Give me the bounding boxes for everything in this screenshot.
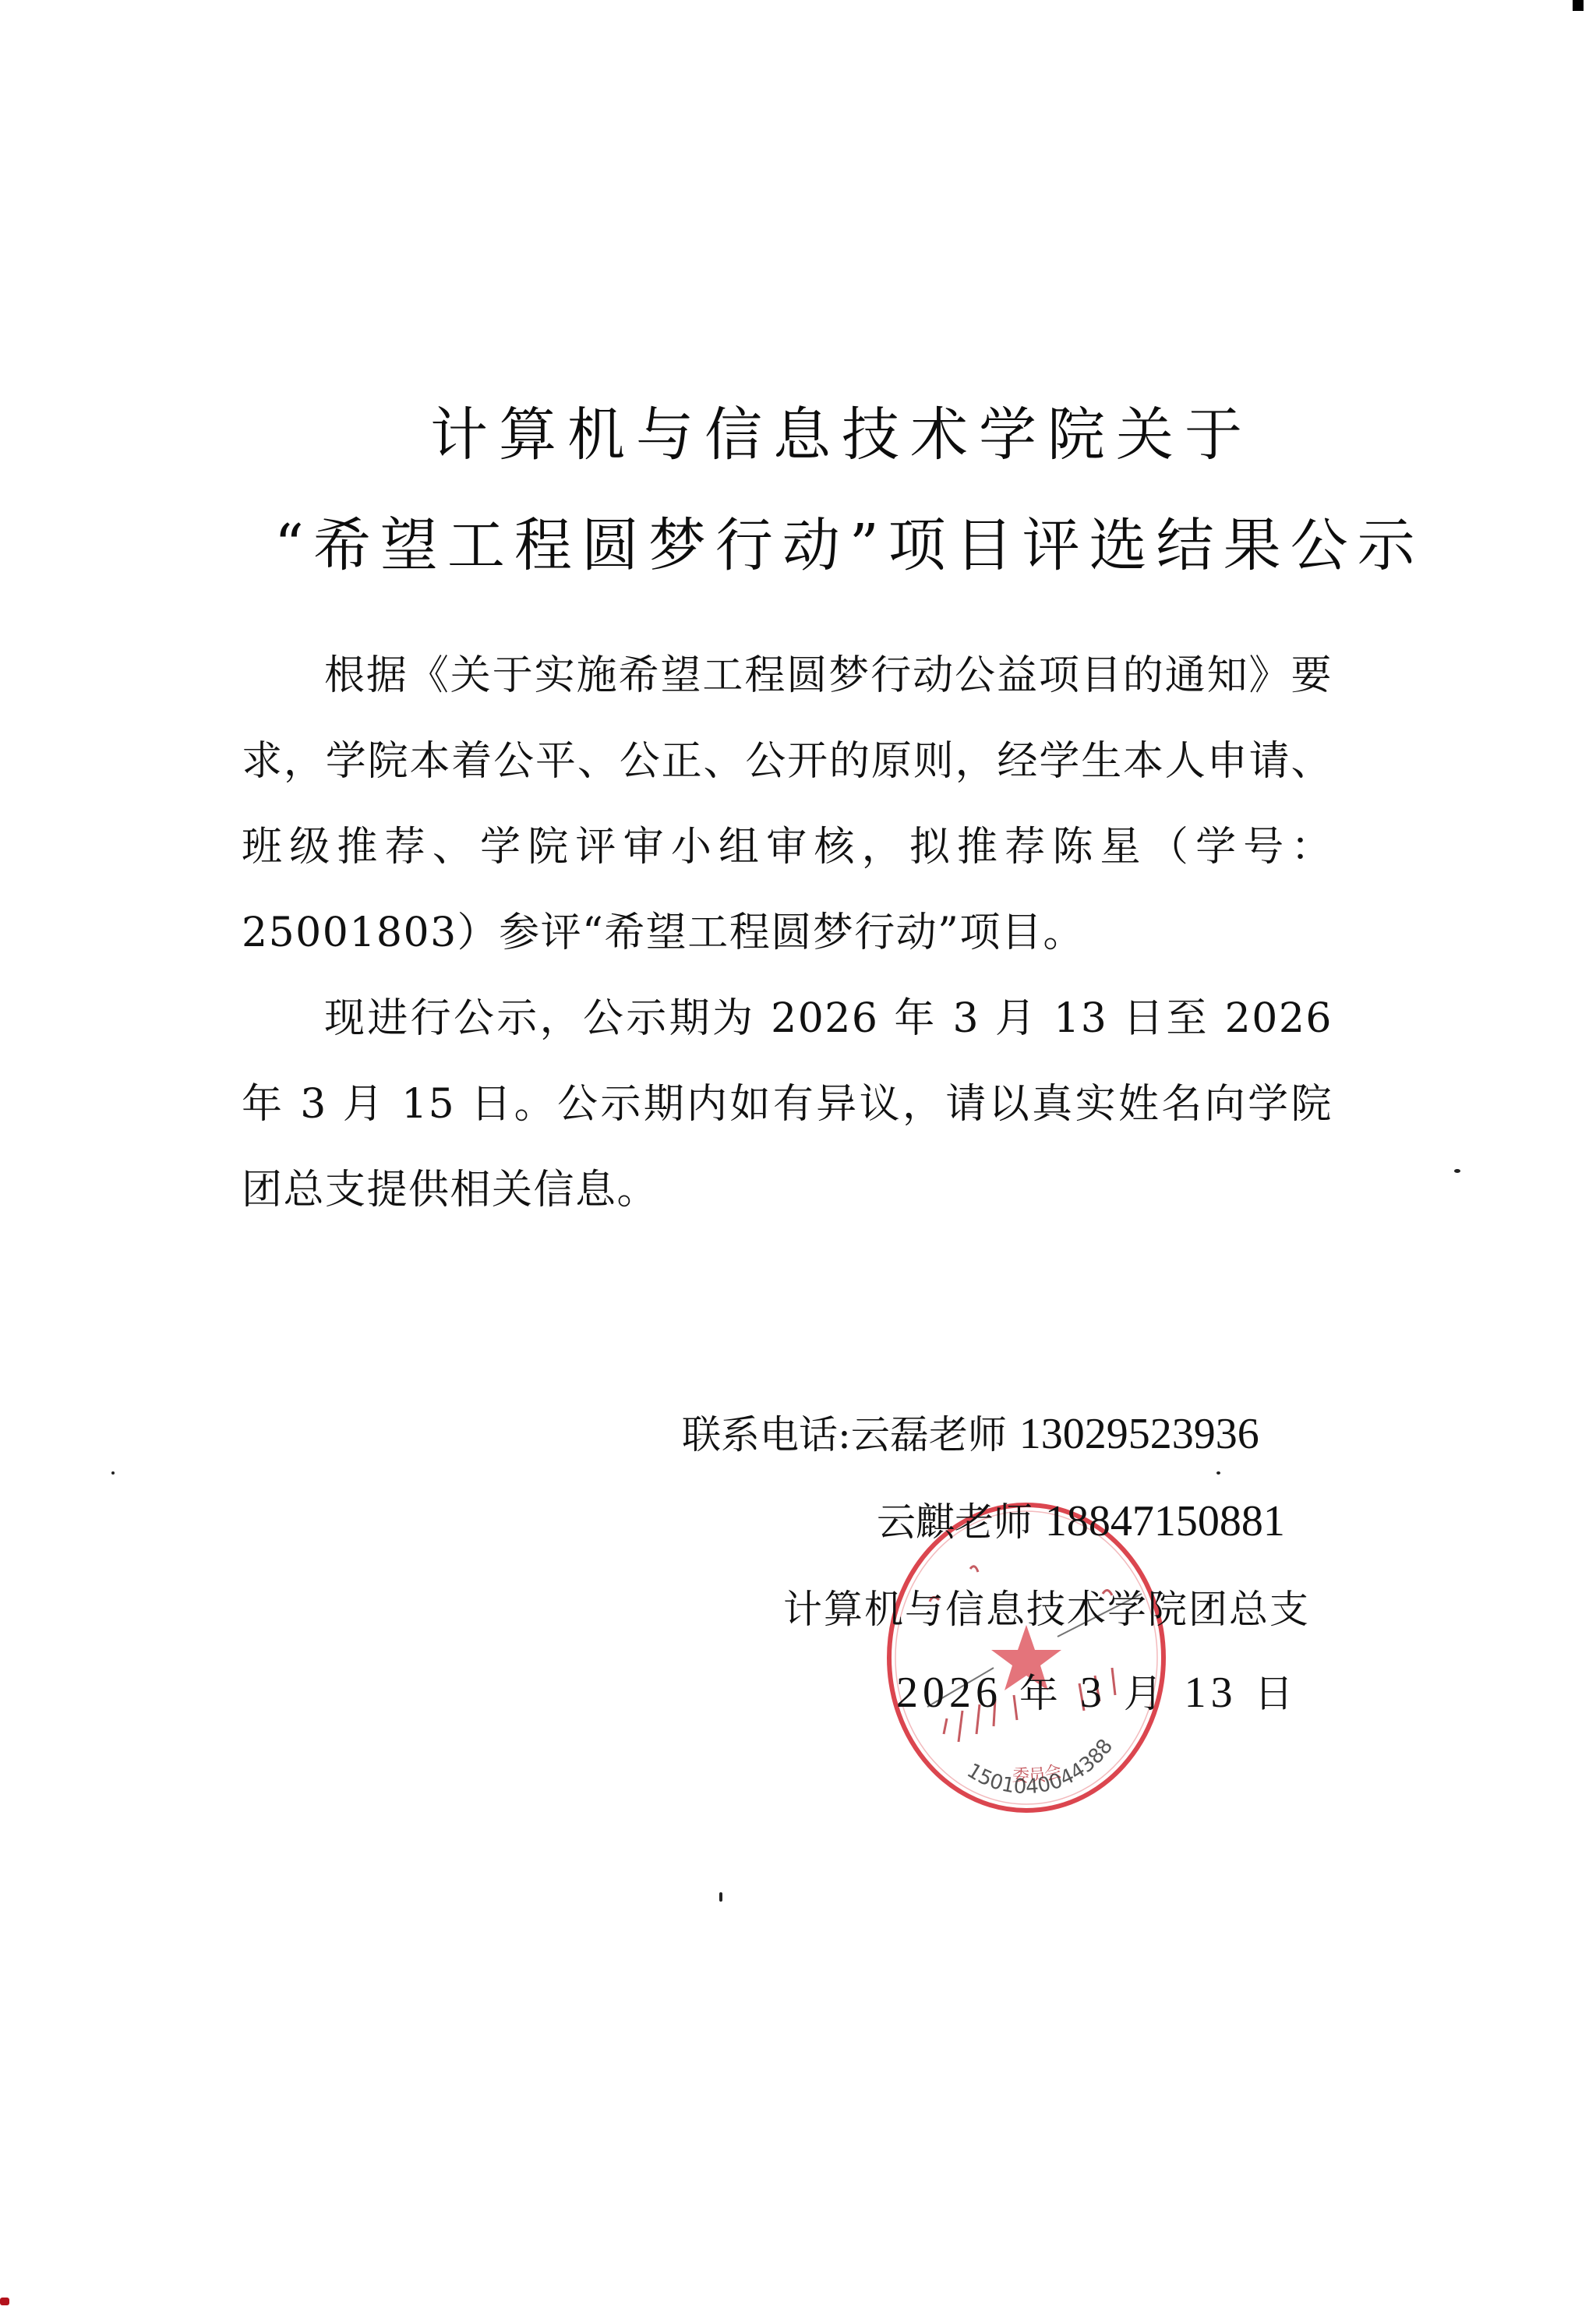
scan-speck (1216, 1471, 1220, 1475)
contact-line-2: 云麒老师 18847150881 (877, 1498, 1285, 1545)
document-title-line-1: 计算机与信息技术学院关于 (430, 404, 1253, 466)
date-year-unit: 年 (1019, 1671, 1063, 1716)
document-page: 计算机与信息技术学院关于 “希望工程圆梦行动”项目评选结果公示 根据《关于实施希… (0, 0, 1596, 2310)
body-paragraph-publicity-period: 现进行公示，公示期为 2026 年 3 月 13 日至 2026 年 3 月 1… (242, 976, 1333, 1233)
date-year: 2026 (896, 1669, 1002, 1717)
contact-teacher-2-phone: 18847150881 (1045, 1497, 1285, 1545)
contact-teacher-1-phone: 13029523936 (1019, 1410, 1259, 1458)
date-day-unit: 日 (1255, 1671, 1298, 1716)
scan-speck (719, 1892, 722, 1902)
contact-line-1: 联系电话:云磊老师 13029523936 (682, 1411, 1259, 1458)
scan-artifact-red-mark (0, 2298, 9, 2305)
official-seal-stamp: 委员会 1501040044388 (885, 1500, 1169, 1816)
seal-icon: 委员会 1501040044388 (885, 1500, 1169, 1816)
contact-teacher-1-name: 云磊老师 (851, 1412, 1007, 1457)
body-paragraph-nomination: 根据《关于实施希望工程圆梦行动公益项目的通知》要求，学院本着公平、公正、公开的原… (242, 633, 1333, 976)
date-month-unit: 月 (1124, 1671, 1167, 1716)
scan-speck (111, 1471, 115, 1475)
scan-speck (1454, 1169, 1460, 1173)
signature-organization: 计算机与信息技术学院团总支 (783, 1586, 1310, 1633)
scan-artifact-mark (1573, 0, 1584, 11)
document-title-line-2: “希望工程圆梦行动”项目评选结果公示 (274, 514, 1425, 577)
signature-date: 2026 年 3 月 13 日 (896, 1669, 1298, 1717)
date-month: 3 (1080, 1669, 1107, 1717)
contact-teacher-2-name: 云麒老师 (877, 1499, 1033, 1545)
date-day: 13 (1185, 1669, 1238, 1717)
contact-label: 联系电话: (682, 1412, 851, 1457)
